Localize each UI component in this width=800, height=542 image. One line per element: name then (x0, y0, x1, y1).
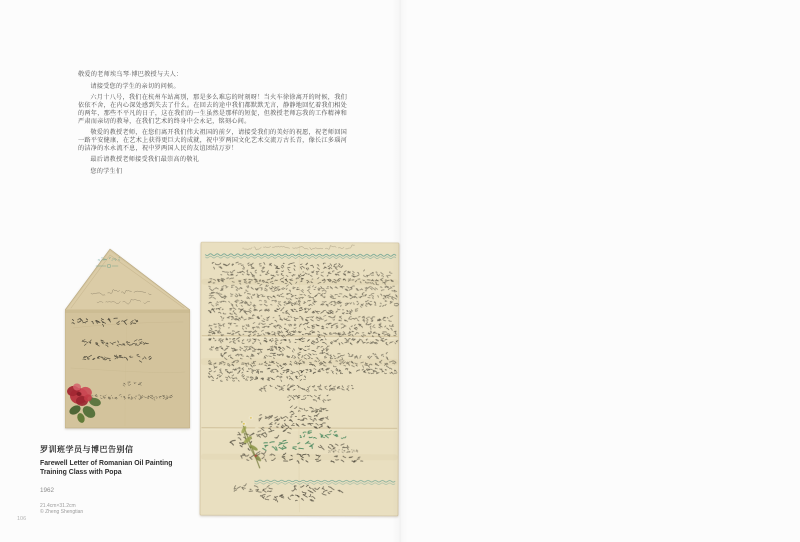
cn-salutation: 敬爱的老师埃乌琴·博巴教授与夫人： (78, 71, 347, 79)
envelope-photo (65, 246, 190, 429)
cn-greeting: 请接受您的学生的亲切的问候。 (78, 83, 347, 91)
caption-meta: 21.4cm×31.2cm © Zheng Shengtian (40, 503, 215, 516)
caption-title-en: Farewell Letter of Romanian Oil Painting… (40, 459, 215, 477)
artwork-caption: 罗训班学员与博巴告别信 Farewell Letter of Romanian … (40, 444, 215, 516)
caption-title-cn: 罗训班学员与博巴告别信 (40, 444, 215, 455)
page-number-left: 106 (17, 516, 26, 522)
chinese-letter-translation: 敬爱的老师埃乌琴·博巴教授与夫人： 请接受您的学生的亲切的问候。 六月十八号，我… (78, 71, 347, 180)
right-page: Dear teacher Professor Eugen PoPa and hi… (400, 0, 800, 542)
handwritten-letter-photo (200, 242, 400, 517)
caption-credit: © Zheng Shengtian (40, 509, 83, 515)
left-page: 敬爱的老师埃乌琴·博巴教授与夫人： 请接受您的学生的亲切的问候。 六月十八号，我… (0, 0, 400, 542)
cn-closing: 最后请教授老师接受我们最崇高的敬礼 (78, 156, 347, 164)
caption-year: 1962 (40, 487, 215, 494)
cn-signoff: 您的学生们 (78, 168, 347, 176)
cn-paragraph-2: 敬爱的教授老师，在您们离开我们伟大祖国的前夕，请接受我们的美好的祝愿，祝老师回国… (78, 129, 347, 152)
cn-paragraph-1: 六月十八号，我们在杭州车站离别，那是多么难忘的时刻呀！当火车徐徐离开的时候，我们… (78, 94, 347, 125)
